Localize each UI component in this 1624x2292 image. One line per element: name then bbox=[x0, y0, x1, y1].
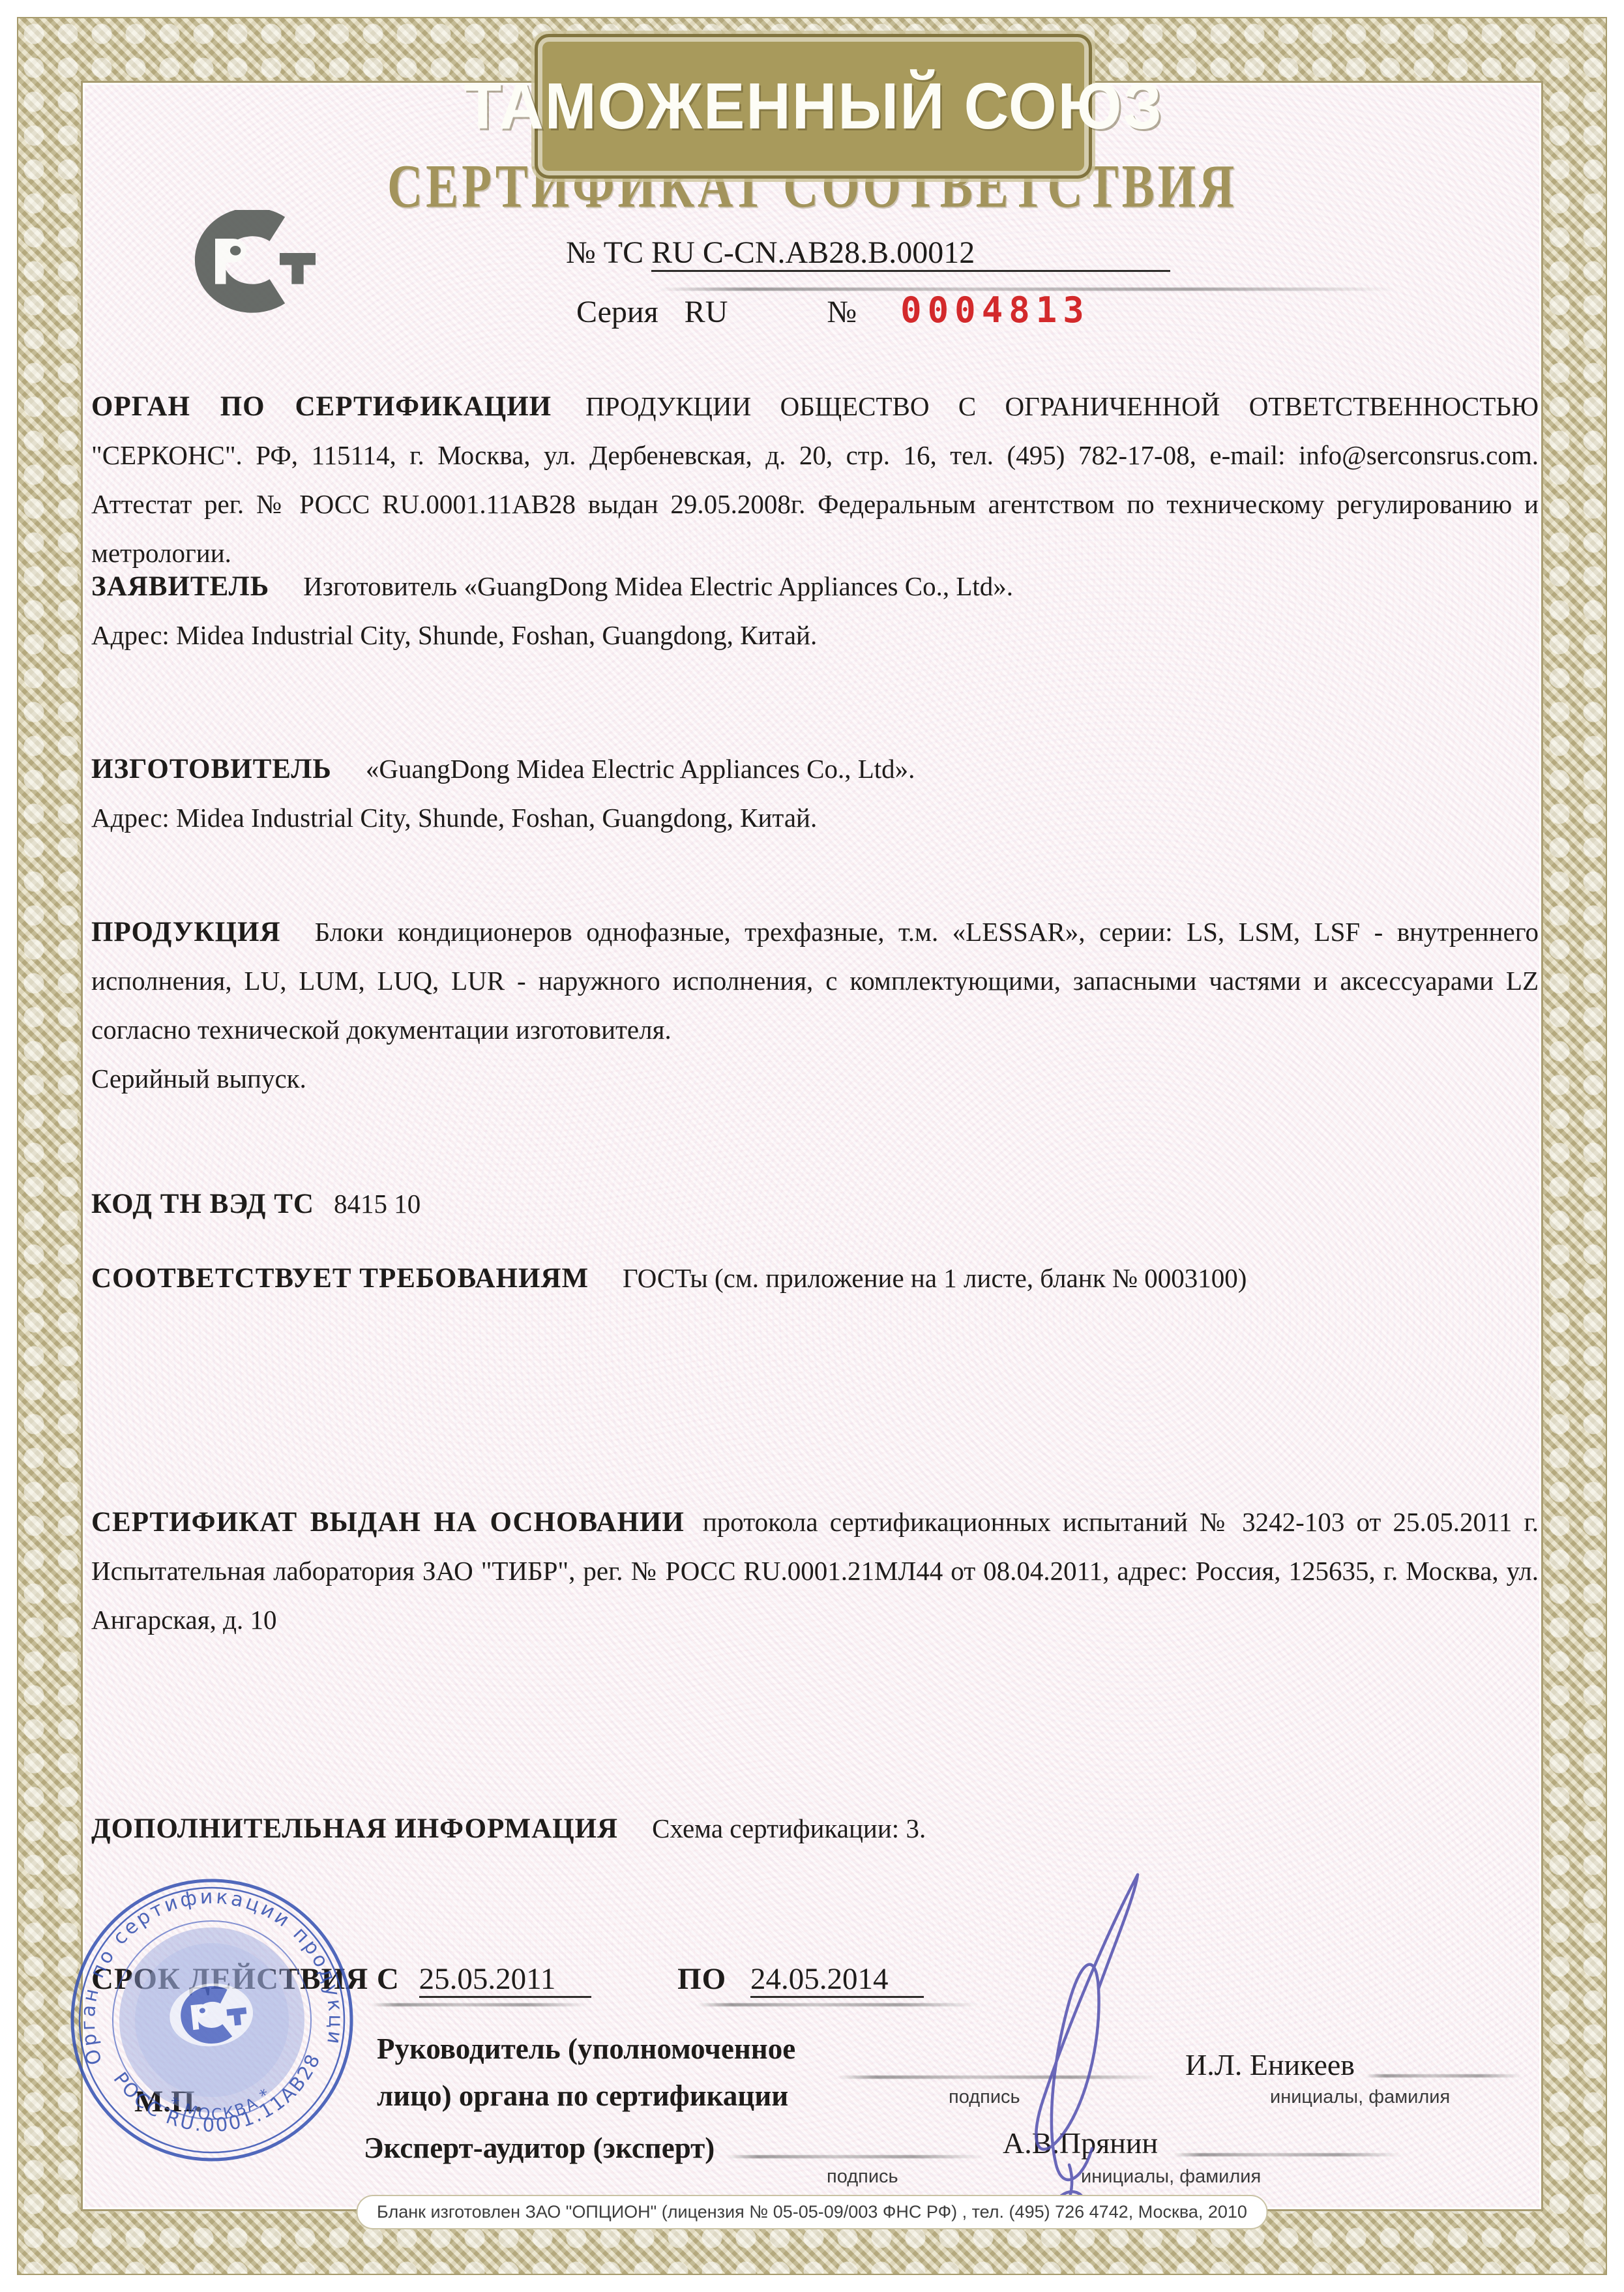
applicant-address: Адрес: Midea Industrial City, Shunde, Fo… bbox=[91, 611, 1539, 660]
section-label: СЕРТИФИКАТ ВЫДАН НА ОСНОВАНИИ bbox=[91, 1507, 685, 1538]
products-text: Блоки кондиционеров однофазные, трехфазн… bbox=[91, 917, 1539, 1045]
section-manufacturer: ИЗГОТОВИТЕЛЬ«GuangDong Midea Electric Ap… bbox=[91, 745, 1539, 842]
cert-number-prefix: № ТС bbox=[566, 235, 643, 270]
section-certification-body: ОРГАН ПО СЕРТИФИКАЦИИПРОДУКЦИИ ОБЩЕСТВО … bbox=[91, 382, 1539, 578]
tn-ved-code: 8415 10 bbox=[334, 1189, 421, 1219]
section-complies: СООТВЕТСТВУЕТ ТРЕБОВАНИЯМГОСТы (см. прил… bbox=[91, 1254, 1539, 1303]
series-row: Серия RU № 0004813 bbox=[576, 290, 1090, 331]
scan-smudge-line bbox=[372, 2003, 587, 2006]
name-line bbox=[1174, 2153, 1402, 2156]
handwritten-signature bbox=[874, 1852, 1180, 2224]
series-label: Серия bbox=[576, 295, 658, 329]
section-label: ОРГАН ПО СЕРТИФИКАЦИИ bbox=[91, 391, 552, 422]
section-label: ДОПОЛНИТЕЛЬНАЯ ИНФОРМАЦИЯ bbox=[91, 1813, 618, 1844]
cert-number-value: RU C-CN.АВ28.В.00012 bbox=[651, 235, 1170, 272]
manufacturer-text: «GuangDong Midea Electric Appliances Co.… bbox=[366, 754, 915, 784]
name-caption: инициалы, фамилия bbox=[1270, 2087, 1450, 2108]
section-label: ЗАЯВИТЕЛЬ bbox=[91, 571, 269, 602]
applicant-text: Изготовитель «GuangDong Midea Electric A… bbox=[303, 571, 1013, 601]
section-issued-on: СЕРТИФИКАТ ВЫДАН НА ОСНОВАНИИпротокола с… bbox=[91, 1498, 1539, 1645]
section-tn-ved: КОД ТН ВЭД ТС8415 10 bbox=[91, 1180, 1539, 1228]
section-label: СООТВЕТСТВУЕТ ТРЕБОВАНИЯМ bbox=[91, 1263, 589, 1294]
section-label: ИЗГОТОВИТЕЛЬ bbox=[91, 754, 332, 784]
manufacturer-address: Адрес: Midea Industrial City, Shunde, Fo… bbox=[91, 794, 1539, 842]
section-label: ПРОДУКЦИЯ bbox=[91, 917, 281, 947]
section-additional-info: ДОПОЛНИТЕЛЬНАЯ ИНФОРМАЦИЯСхема сертифика… bbox=[91, 1804, 1539, 1853]
head-role-label: Руководитель (уполномоченное лицо) орган… bbox=[377, 2025, 853, 2119]
customs-union-banner: ТАМОЖЕННЫЙ СОЮЗ bbox=[535, 34, 1092, 179]
validity-to-label: ПО bbox=[677, 1962, 726, 1996]
name-line bbox=[1366, 2074, 1522, 2077]
blank-manufacturer-imprint: Бланк изготовлен ЗАО "ОПЦИОН" (лицензия … bbox=[356, 2195, 1268, 2229]
complies-text: ГОСТы (см. приложение на 1 листе, бланк … bbox=[623, 1263, 1247, 1293]
cert-number-row: № ТС RU C-CN.АВ28.В.00012 bbox=[566, 235, 1170, 271]
section-products: ПРОДУКЦИЯБлоки кондиционеров однофазные,… bbox=[91, 908, 1539, 1103]
validity-from-date: 25.05.2011 bbox=[419, 1962, 592, 1998]
banner-text: ТАМОЖЕННЫЙ СОЮЗ bbox=[464, 69, 1163, 144]
blank-number: 0004813 bbox=[900, 290, 1090, 331]
series-no-sign: № bbox=[827, 295, 857, 329]
series-value: RU bbox=[685, 295, 728, 329]
section-label: КОД ТН ВЭД ТС bbox=[91, 1189, 314, 1219]
certificate-page: ТАМОЖЕННЫЙ СОЮЗ СЕРТИФИКАТ СООТВЕТСТВИЯ … bbox=[0, 0, 1624, 2292]
additional-text: Схема сертификации: 3. bbox=[652, 1813, 926, 1843]
certification-stamp: Орган по сертификации продукции ООО "СЕР… bbox=[47, 1855, 377, 2185]
expert-role-label: Эксперт-аудитор (эксперт) bbox=[364, 2124, 715, 2171]
head-name: И.Л. Еникеев bbox=[1185, 2047, 1355, 2082]
rst-logo-icon bbox=[170, 210, 332, 318]
products-serial: Серийный выпуск. bbox=[91, 1054, 1539, 1103]
section-applicant: ЗАЯВИТЕЛЬИзготовитель «GuangDong Midea E… bbox=[91, 562, 1539, 660]
